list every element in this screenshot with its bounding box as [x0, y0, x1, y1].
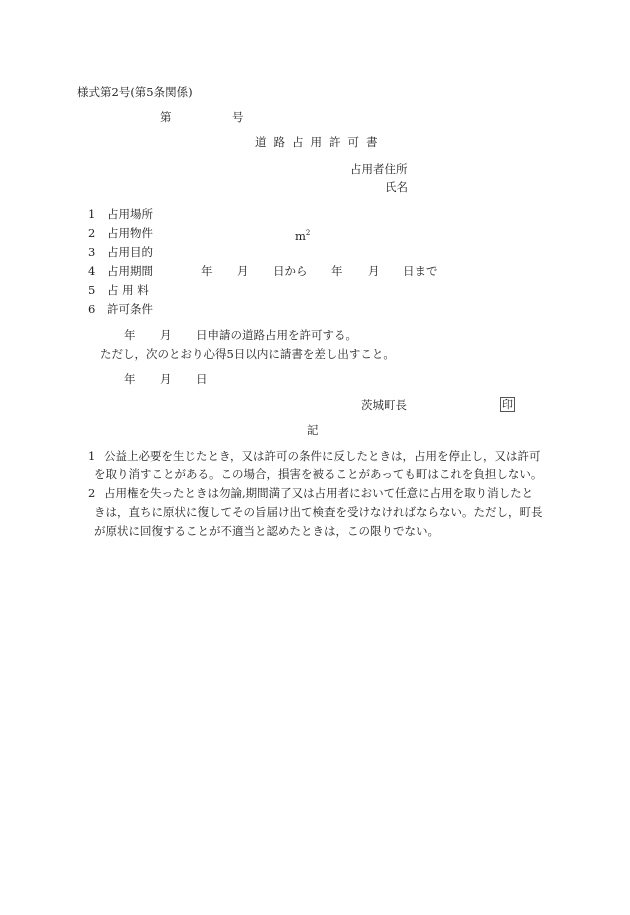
- item-label-conditions: 許可条件: [107, 302, 153, 316]
- document-title: 道路占用許可書: [255, 135, 385, 149]
- item-label-object: 占用物件: [107, 226, 153, 240]
- period-month-to: 月: [368, 264, 380, 278]
- applicant-address-label: 占用者住所: [350, 162, 408, 176]
- item-label-location: 占用場所: [107, 207, 153, 221]
- condition-number: 1: [88, 449, 95, 463]
- condition-line: きは，直ちに原状に復してその旨届け出て検査を受けなければならない。ただし，町長: [94, 505, 543, 519]
- item-number: 2: [88, 226, 95, 240]
- item-number: 4: [88, 264, 95, 278]
- application-month: 月: [160, 328, 172, 342]
- condition-number: 2: [88, 486, 95, 500]
- date-day: 日: [196, 372, 208, 386]
- period-year-to: 年: [331, 264, 343, 278]
- condition-line: を取り消すことがある。この場合，損害を被ることがあっても町はこれを負担しない。: [94, 467, 542, 481]
- item-label-period: 占用期間: [107, 264, 153, 278]
- issue-number-dai: 第: [160, 110, 172, 124]
- seal-mark: 印: [500, 397, 515, 412]
- issue-number-go: 号: [232, 110, 244, 124]
- period-day-from: 日から: [273, 264, 308, 278]
- item-number: 3: [88, 245, 95, 259]
- form-number: 様式第2号(第5条関係): [77, 85, 193, 99]
- date-year: 年: [124, 372, 136, 386]
- area-unit: m2: [295, 226, 310, 243]
- item-number: 5: [88, 283, 95, 297]
- condition-line: が原状に回復することが不適当と認めたときは，この限りでない。: [94, 524, 439, 538]
- application-text: 日申請の道路占用を許可する。: [196, 328, 357, 342]
- note-text: ただし，次のとおり心得5日以内に請書を差し出すこと。: [100, 347, 395, 361]
- period-day-to: 日まで: [403, 264, 438, 278]
- condition-line: 占用権を失ったときは勿論,期間満了又は占用者において任意に占用を取り消したと: [104, 486, 533, 500]
- period-month-from: 月: [237, 264, 249, 278]
- applicant-name-label: 氏名: [385, 180, 408, 194]
- ki-heading: 記: [307, 423, 319, 437]
- item-label-purpose: 占用目的: [107, 245, 153, 259]
- condition-line: 公益上必要を生じたとき，又は許可の条件に反したときは，占用を停止し，又は許可: [104, 449, 541, 463]
- date-month: 月: [160, 372, 172, 386]
- application-year: 年: [124, 328, 136, 342]
- issuer-name: 茨城町長: [361, 398, 407, 412]
- item-label-fee: 占 用 料: [107, 283, 149, 297]
- item-number: 6: [88, 302, 95, 316]
- period-year-from: 年: [201, 264, 213, 278]
- item-number: 1: [88, 207, 95, 221]
